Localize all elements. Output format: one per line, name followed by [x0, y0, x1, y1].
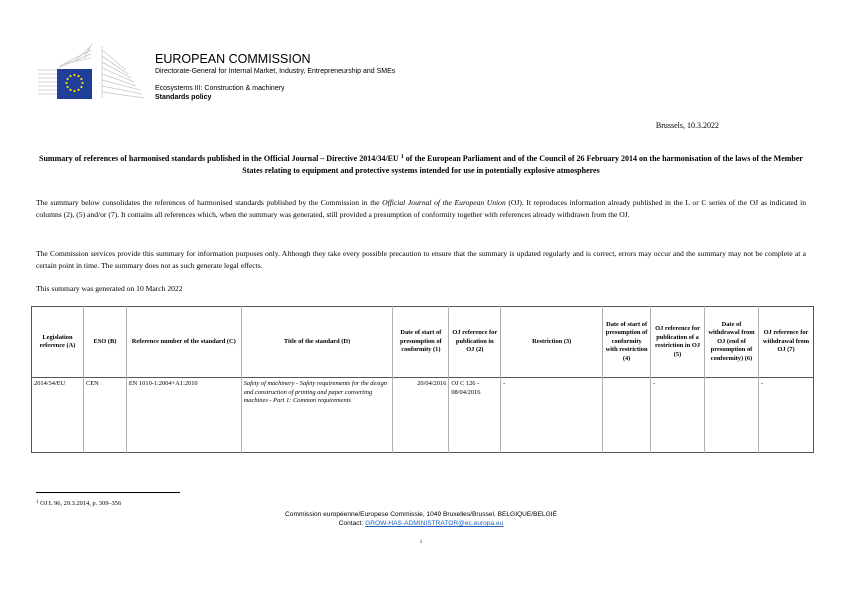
- intro-text-a: The summary below consolidates the refer…: [36, 198, 382, 207]
- header-start-date: Date of start of presumption of conformi…: [393, 307, 449, 378]
- header-start-with-restriction: Date of start of presumption of conformi…: [603, 307, 651, 378]
- footnote-divider: [36, 492, 180, 493]
- page-number: 1: [0, 540, 842, 545]
- table-header-row: Legislation reference (A) ESO (B) Refere…: [32, 307, 814, 378]
- directorate-general: Directorate-General for Internal Market,…: [155, 67, 395, 76]
- cell-withdrawal-date: [705, 378, 759, 453]
- intro-paragraph: The summary below consolidates the refer…: [36, 197, 806, 220]
- header-title: Title of the standard (D): [241, 307, 393, 378]
- contact-label: Contact:: [339, 520, 365, 527]
- cell-eso: CEN: [83, 378, 126, 453]
- european-commission-logo: [36, 40, 146, 102]
- header-withdrawal-date: Date of withdrawal from OJ (end of presu…: [705, 307, 759, 378]
- sub-unit-name: Standards policy: [155, 93, 395, 102]
- footnote-marker: 1: [36, 500, 39, 505]
- eu-flag-building-icon: [36, 40, 146, 102]
- cell-start-date: 20/04/2016: [393, 378, 449, 453]
- header-reference-number: Reference number of the standard (C): [126, 307, 241, 378]
- header-oj-publication: OJ reference for publication in OJ (2): [449, 307, 501, 378]
- cell-oj-publication: OJ C 126 - 08/04/2016: [449, 378, 501, 453]
- standards-table: Legislation reference (A) ESO (B) Refere…: [31, 306, 814, 453]
- date-line: Brussels, 10.3.2022: [656, 121, 719, 130]
- organisation-block: EUROPEAN COMMISSION Directorate-General …: [155, 52, 395, 102]
- cell-oj-withdrawal: -: [758, 378, 813, 453]
- cell-title: Safety of machinery - Safety requirement…: [241, 378, 393, 453]
- cell-oj-restriction: -: [651, 378, 705, 453]
- footnote-text: OJ L 96, 29.3.2014, p. 309–356: [40, 500, 121, 507]
- footer-contact: Contact: GROW-HAS-ADMINISTRATOR@ec.europ…: [0, 519, 842, 528]
- organisation-name: EUROPEAN COMMISSION: [155, 52, 395, 66]
- header-legislation: Legislation reference (A): [32, 307, 84, 378]
- page-footer: Commission européenne/Europese Commissie…: [0, 510, 842, 528]
- header-oj-withdrawal: OJ reference for withdrawal from OJ (7): [758, 307, 813, 378]
- cell-reference-number: EN 1010-1:2004+A1:2010: [126, 378, 241, 453]
- journal-name: Official Journal of the European Union: [382, 198, 506, 207]
- document-title: Summary of references of harmonised stan…: [36, 153, 806, 177]
- cell-start-with-restriction: [603, 378, 651, 453]
- footer-address: Commission européenne/Europese Commissie…: [0, 510, 842, 519]
- title-part-1: Summary of references of harmonised stan…: [39, 154, 399, 163]
- footnote-reference[interactable]: 1: [401, 154, 404, 160]
- header-oj-restriction: OJ reference for publication of a restri…: [651, 307, 705, 378]
- table-row: 2014/34/EU CEN EN 1010-1:2004+A1:2010 Sa…: [32, 378, 814, 453]
- cell-restriction: -: [501, 378, 603, 453]
- unit-name: Ecosystems III: Construction & machinery: [155, 84, 395, 93]
- contact-email-link[interactable]: GROW-HAS-ADMINISTRATOR@ec.europa.eu: [365, 520, 503, 527]
- footnote: 1 OJ L 96, 29.3.2014, p. 309–356: [36, 500, 121, 507]
- header-eso: ESO (B): [83, 307, 126, 378]
- header-restriction: Restriction (3): [501, 307, 603, 378]
- disclaimer-paragraph: The Commission services provide this sum…: [36, 248, 806, 271]
- cell-legislation: 2014/34/EU: [32, 378, 84, 453]
- generated-date-paragraph: This summary was generated on 10 March 2…: [36, 283, 806, 295]
